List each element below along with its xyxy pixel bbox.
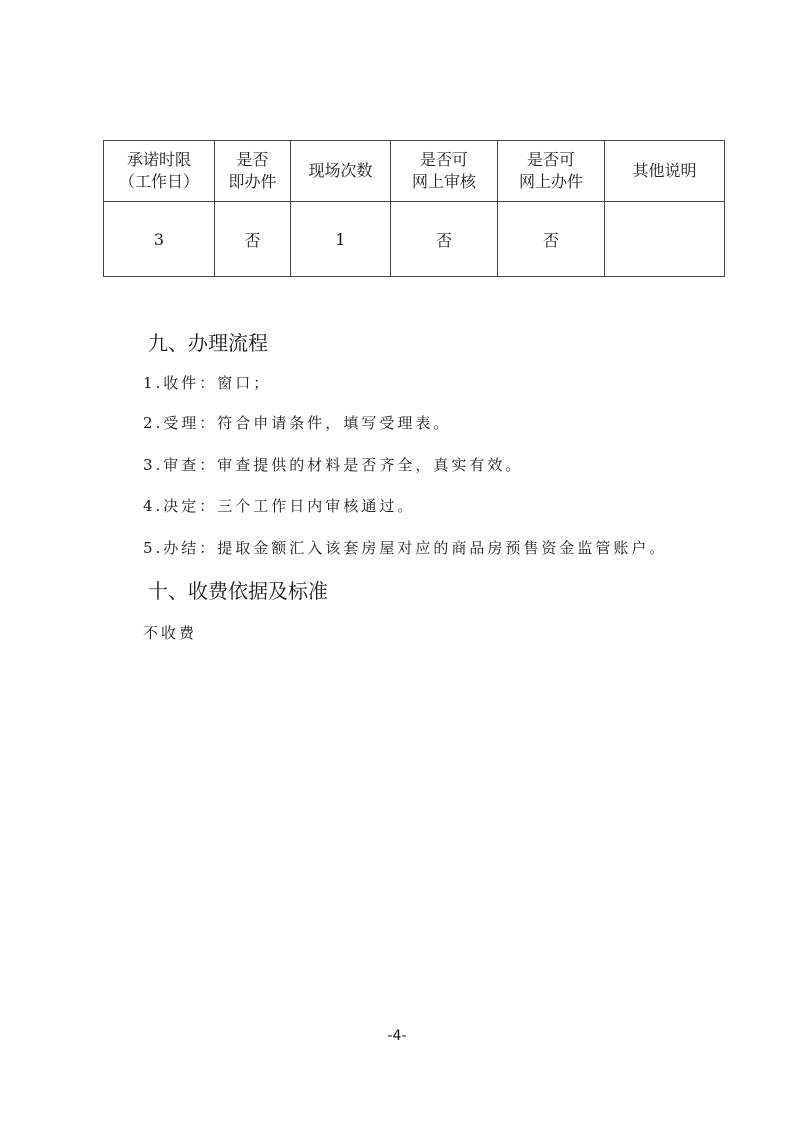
process-step-5: 5.办结：提取金额汇入该套房屋对应的商品房预售资金监管账户。	[143, 537, 667, 558]
process-step-2: 2.受理：符合申请条件，填写受理表。	[143, 412, 451, 433]
cell-commitment-time: 3	[104, 202, 215, 277]
header-online-review: 是否可 网上审核	[391, 141, 498, 202]
fee-text: 不收费	[143, 622, 197, 643]
header-online-handling: 是否可 网上办件	[498, 141, 605, 202]
table-header-row: 承诺时限 （工作日） 是否 即办件 现场次数 是否可 网上审核 是否可 网上办件…	[104, 141, 725, 202]
header-line: 现场次数	[291, 160, 390, 182]
header-other-notes: 其他说明	[605, 141, 725, 202]
cell-onsite-visits: 1	[291, 202, 391, 277]
table-row: 3 否 1 否 否	[104, 202, 725, 277]
process-step-4: 4.决定：三个工作日内审核通过。	[143, 495, 415, 516]
cell-other-notes	[605, 202, 725, 277]
header-line: 承诺时限	[104, 149, 214, 171]
header-line: 其他说明	[605, 160, 724, 182]
service-info-table: 承诺时限 （工作日） 是否 即办件 现场次数 是否可 网上审核 是否可 网上办件…	[103, 140, 725, 277]
process-step-1: 1.收件：窗口；	[143, 372, 271, 393]
header-line: 网上审核	[391, 171, 497, 193]
header-onsite-visits: 现场次数	[291, 141, 391, 202]
header-line: 是否	[215, 149, 290, 171]
header-line: 即办件	[215, 171, 290, 193]
header-line: 网上办件	[498, 171, 604, 193]
section-9-title: 九、办理流程	[148, 327, 268, 356]
process-step-3: 3.审查：审查提供的材料是否齐全，真实有效。	[143, 454, 523, 475]
header-commitment-time: 承诺时限 （工作日）	[104, 141, 215, 202]
page-number: -4-	[0, 1028, 794, 1044]
header-line: （工作日）	[104, 171, 214, 193]
cell-instant: 否	[215, 202, 291, 277]
header-line: 是否可	[391, 149, 497, 171]
cell-online-review: 否	[391, 202, 498, 277]
header-instant: 是否 即办件	[215, 141, 291, 202]
section-10-title: 十、收费依据及标准	[148, 575, 328, 604]
header-line: 是否可	[498, 149, 604, 171]
cell-online-handling: 否	[498, 202, 605, 277]
